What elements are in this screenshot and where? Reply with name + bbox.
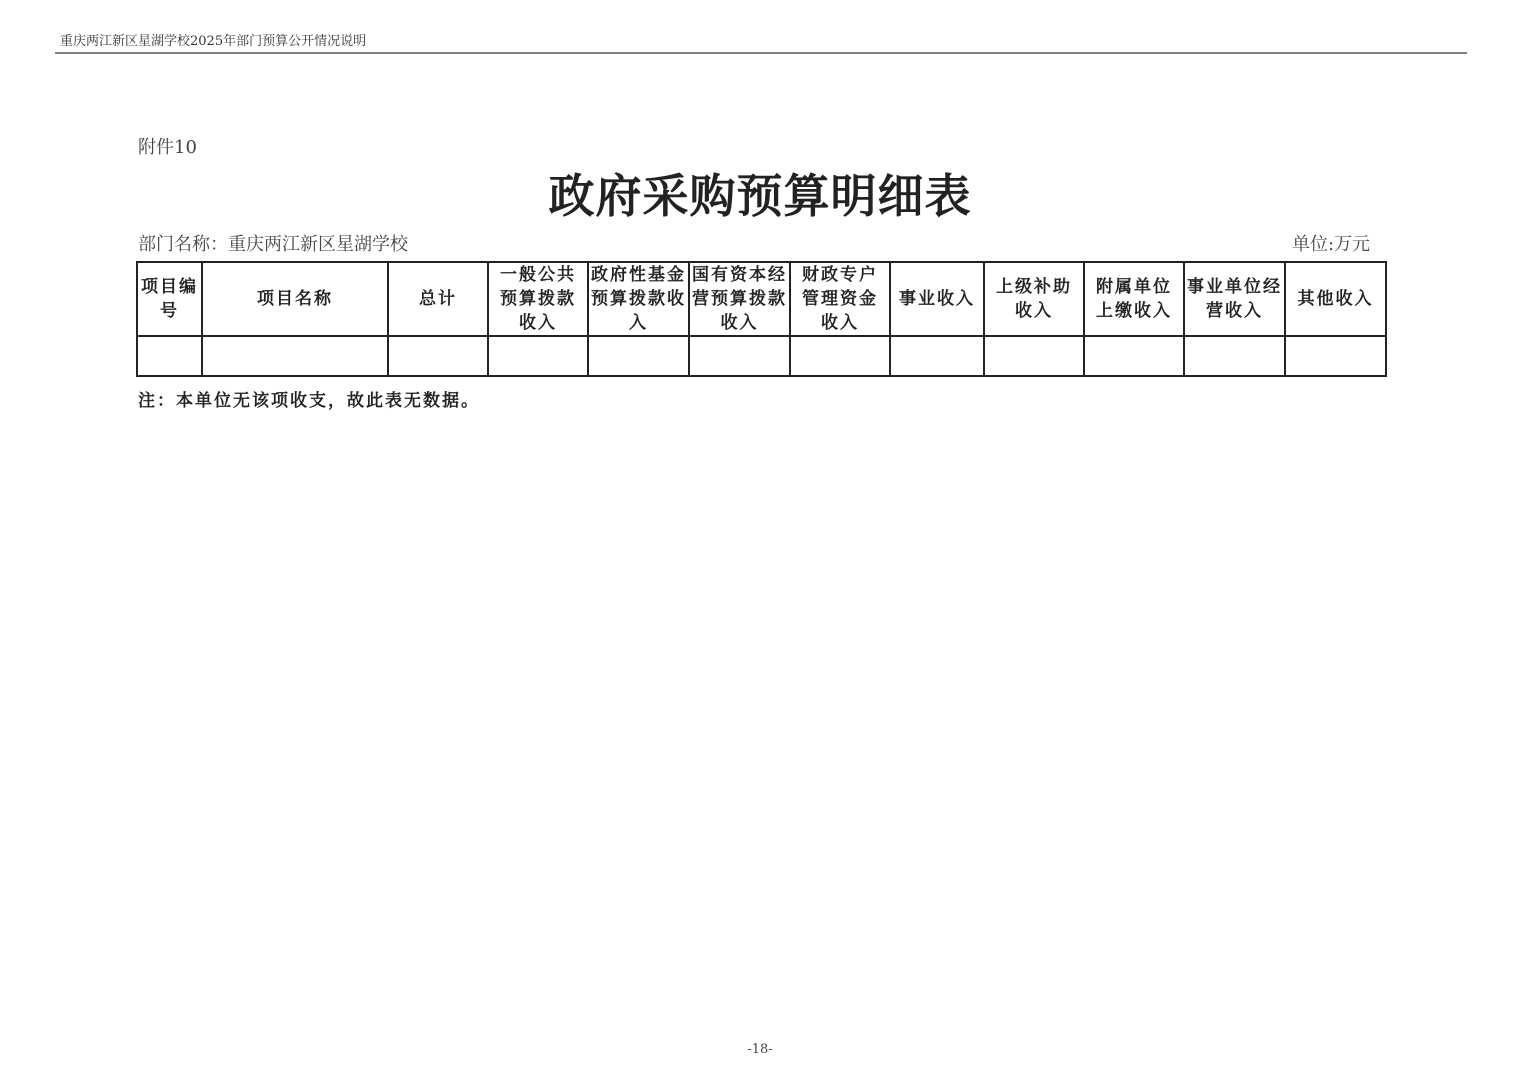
table-note: 注：本单位无该项收支，故此表无数据。 <box>138 386 480 411</box>
table-cell <box>588 336 689 376</box>
col-header-affiliated-remit: 附属单位上缴收入 <box>1084 262 1184 336</box>
table-header-row: 项目编号 项目名称 总计 一般公共预算拨款收入 政府性基金预算拨款收入 国有资本… <box>137 262 1386 336</box>
col-header-business-income: 事业收入 <box>890 262 984 336</box>
table-cell <box>388 336 488 376</box>
table-cell <box>790 336 890 376</box>
table-cell <box>1084 336 1184 376</box>
table-cell <box>890 336 984 376</box>
table-cell <box>984 336 1084 376</box>
table-cell <box>1184 336 1285 376</box>
table-cell <box>689 336 790 376</box>
running-header: 重庆两江新区星湖学校2025年部门预算公开情况说明 <box>60 30 366 49</box>
page-title: 政府采购预算明细表 <box>0 160 1520 226</box>
department-name: 部门名称：重庆两江新区星湖学校 <box>138 230 408 256</box>
col-header-other-income: 其他收入 <box>1285 262 1386 336</box>
table-row <box>137 336 1386 376</box>
table-cell <box>1285 336 1386 376</box>
header-rule <box>55 52 1467 54</box>
table-cell <box>488 336 588 376</box>
col-header-superior-subsidy: 上级补助收入 <box>984 262 1084 336</box>
col-header-general-budget: 一般公共预算拨款收入 <box>488 262 588 336</box>
page-number: -18- <box>0 1042 1520 1057</box>
col-header-gov-fund: 政府性基金预算拨款收入 <box>588 262 689 336</box>
table-cell <box>137 336 202 376</box>
col-header-special-account: 财政专户管理资金收入 <box>790 262 890 336</box>
col-header-operating-income: 事业单位经营收入 <box>1184 262 1285 336</box>
unit-label: 单位:万元 <box>1292 230 1370 256</box>
attachment-label: 附件10 <box>138 133 197 159</box>
col-header-total: 总计 <box>388 262 488 336</box>
procurement-budget-table: 项目编号 项目名称 总计 一般公共预算拨款收入 政府性基金预算拨款收入 国有资本… <box>136 261 1387 377</box>
col-header-state-capital: 国有资本经营预算拨款收入 <box>689 262 790 336</box>
col-header-project-code: 项目编号 <box>137 262 202 336</box>
col-header-project-name: 项目名称 <box>202 262 388 336</box>
table-cell <box>202 336 388 376</box>
